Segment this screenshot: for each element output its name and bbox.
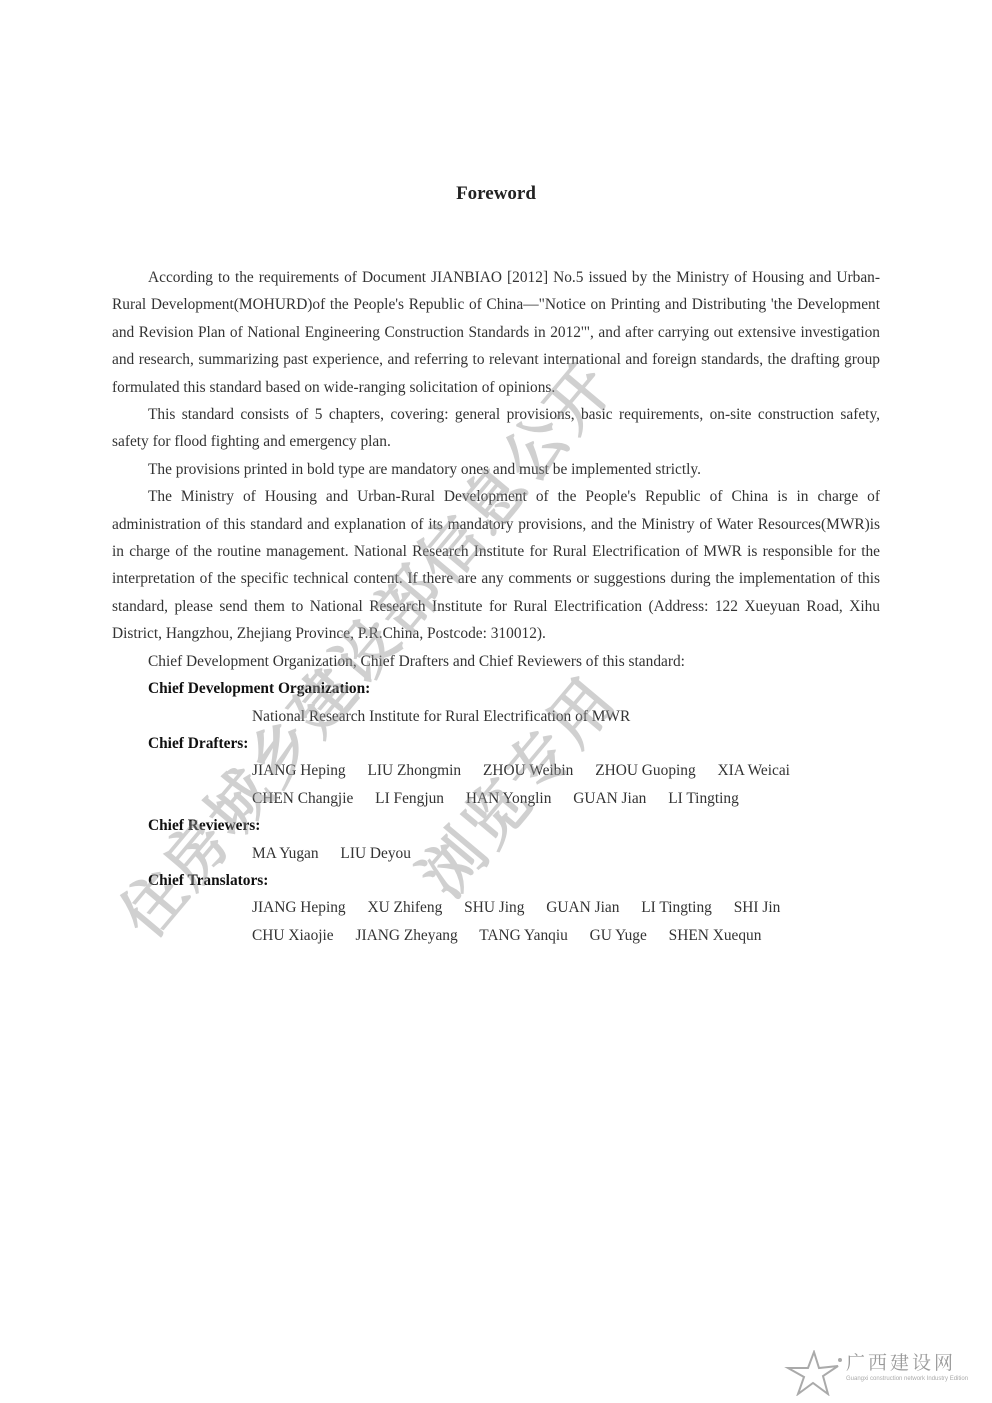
name: XU Zhifeng — [367, 899, 442, 916]
chief-translators-row-1: JIANG Heping XU Zhifeng SHU Jing GUAN Ji… — [112, 894, 880, 921]
name: ZHOU Guoping — [595, 762, 695, 779]
chief-translators-row-2: CHU Xiaojie JIANG Zheyang TANG Yanqiu GU… — [112, 922, 880, 949]
name: SHU Jing — [464, 899, 524, 916]
name: LI Fengjun — [375, 790, 444, 807]
chief-development-organization-value: National Research Institute for Rural El… — [112, 703, 880, 730]
site-logo: 广西建设网 Guangxi construction network Indus… — [780, 1348, 985, 1398]
star-logo-icon — [784, 1350, 842, 1396]
name: LI Tingting — [668, 790, 739, 807]
name: GU Yuge — [590, 927, 647, 944]
name: ZHOU Weibin — [483, 762, 573, 779]
name: LIU Deyou — [340, 845, 411, 862]
logo-english-name: Guangxi construction network Industry Ed… — [846, 1376, 968, 1382]
name: JIANG Heping — [252, 762, 346, 779]
name: XIA Weicai — [718, 762, 790, 779]
chief-drafters-row-2: CHEN Changjie LI Fengjun HAN Yonglin GUA… — [112, 785, 880, 812]
chief-translators-label: Chief Translators: — [112, 867, 880, 894]
logo-chinese-name: 广西建设网 — [846, 1348, 956, 1375]
name: GUAN Jian — [573, 790, 646, 807]
name: LI Tingting — [641, 899, 712, 916]
chief-reviewers-row-1: MA Yugan LIU Deyou — [112, 840, 880, 867]
paragraph-1: According to the requirements of Documen… — [112, 264, 880, 401]
paragraph-2: This standard consists of 5 chapters, co… — [112, 401, 880, 456]
name: MA Yugan — [252, 845, 319, 862]
chief-development-organization-label: Chief Development Organization: — [112, 675, 880, 702]
name: TANG Yanqiu — [479, 927, 568, 944]
document-page: Foreword According to the requirements o… — [0, 0, 992, 1403]
foreword-body: According to the requirements of Documen… — [112, 264, 880, 949]
chief-drafters-row-1: JIANG Heping LIU Zhongmin ZHOU Weibin ZH… — [112, 757, 880, 784]
name: CHEN Changjie — [252, 790, 353, 807]
name: GUAN Jian — [546, 899, 619, 916]
paragraph-4: The Ministry of Housing and Urban-Rural … — [112, 483, 880, 647]
paragraph-3: The provisions printed in bold type are … — [112, 456, 880, 483]
name: SHI Jin — [734, 899, 781, 916]
chief-reviewers-label: Chief Reviewers: — [112, 812, 880, 839]
name: JIANG Zheyang — [356, 927, 458, 944]
name: JIANG Heping — [252, 899, 346, 916]
name: SHEN Xuequn — [669, 927, 762, 944]
page-title: Foreword — [0, 183, 992, 205]
name: CHU Xiaojie — [252, 927, 334, 944]
name: HAN Yonglin — [466, 790, 552, 807]
name: LIU Zhongmin — [367, 762, 461, 779]
paragraph-5: Chief Development Organization, Chief Dr… — [112, 648, 880, 675]
chief-drafters-label: Chief Drafters: — [112, 730, 880, 757]
